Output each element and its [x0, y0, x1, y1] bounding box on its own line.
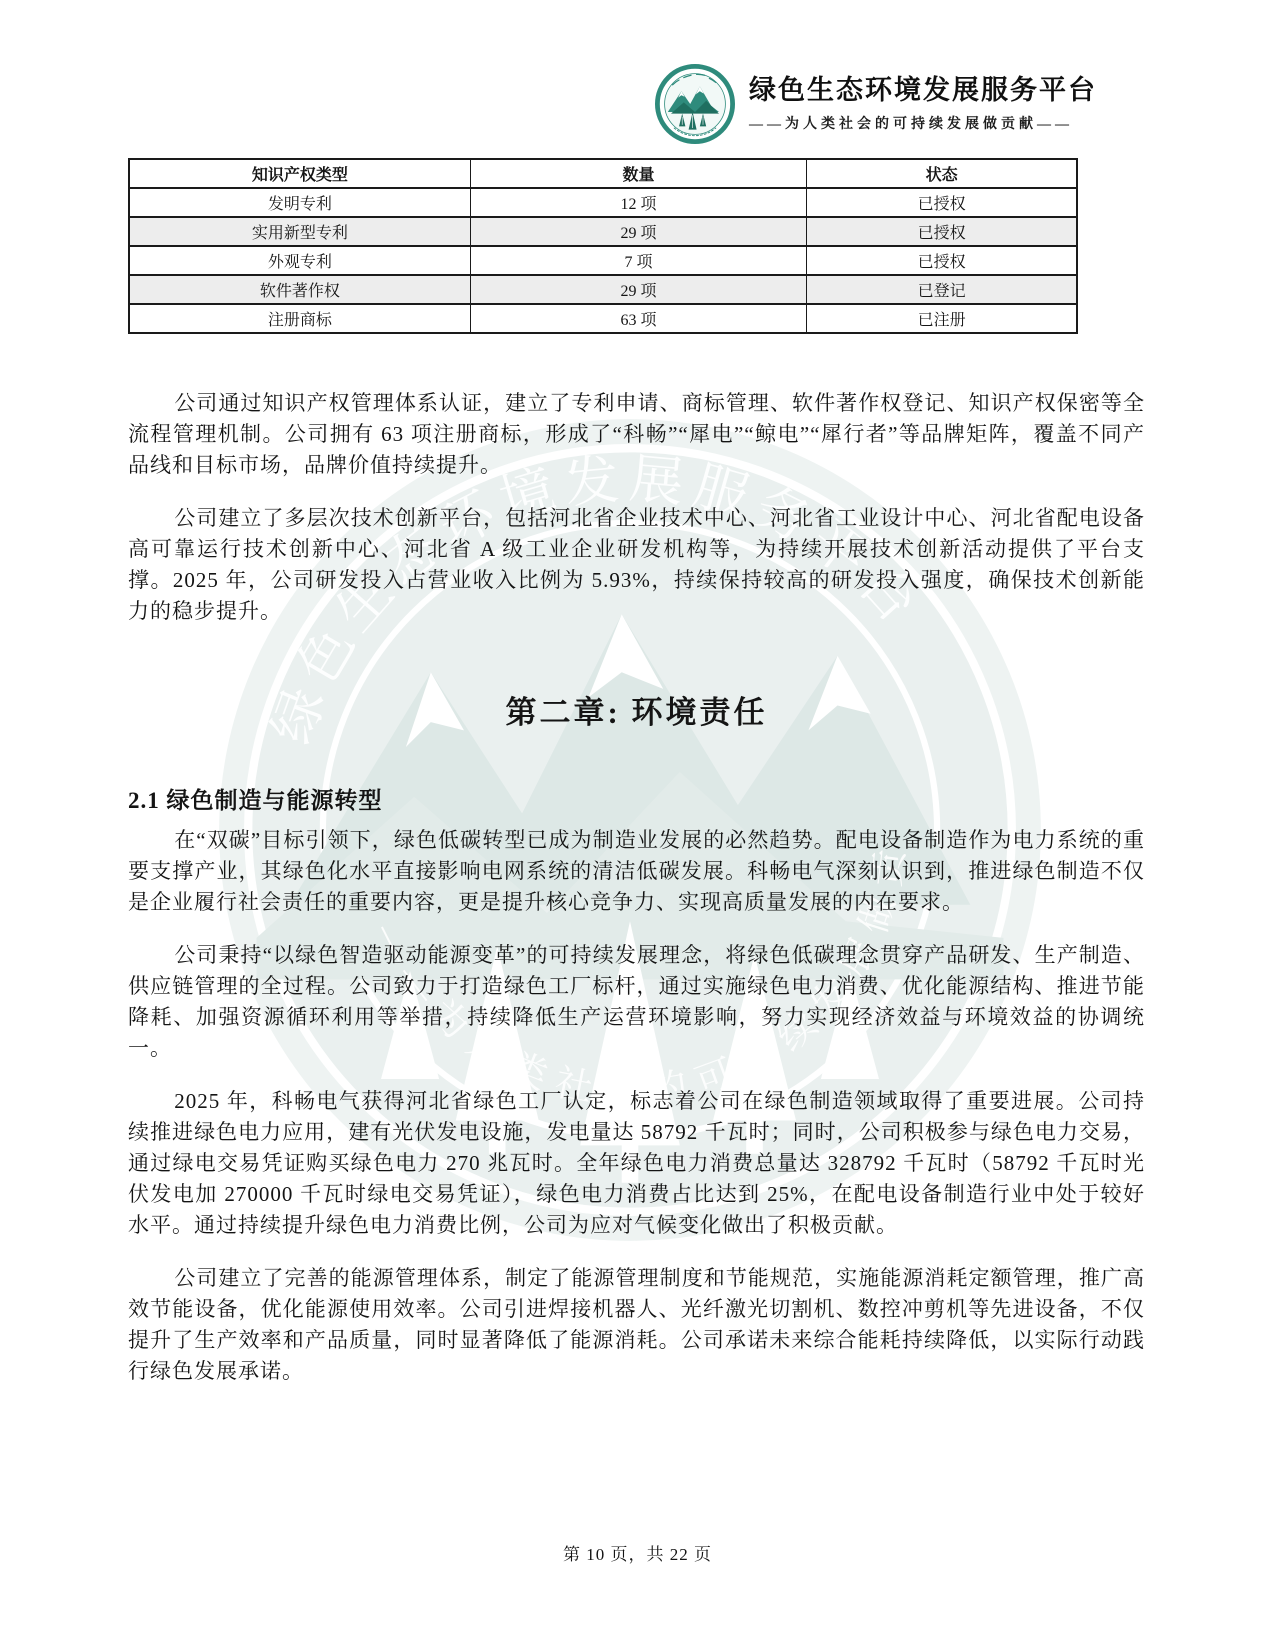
table-cell: 软件著作权 [129, 275, 470, 304]
table-cell: 29 项 [470, 217, 807, 246]
page-number: 第 10 页，共 22 页 [563, 1545, 712, 1564]
table-cell: 已授权 [807, 246, 1077, 275]
table-cell: 29 项 [470, 275, 807, 304]
brand-tagline: ——为人类社会的可持续发展做贡献—— [749, 113, 1097, 133]
paragraph-innovation-platform: 公司建立了多层次技术创新平台，包括河北省企业技术中心、河北省工业设计中心、河北省… [128, 503, 1145, 627]
table-header-cell: 状态 [807, 159, 1077, 188]
section-title: 2.1 绿色制造与能源转型 [128, 782, 1145, 815]
table-header-cell: 知识产权类型 [129, 159, 470, 188]
ip-table: 知识产权类型 数量 状态 发明专利12 项已授权实用新型专利29 项已授权外观专… [128, 158, 1078, 334]
table-cell: 12 项 [470, 188, 807, 217]
table-cell: 已授权 [807, 188, 1077, 217]
table-cell: 注册商标 [129, 304, 470, 333]
table-row: 实用新型专利29 项已授权 [129, 217, 1077, 246]
table-row: 发明专利12 项已授权 [129, 188, 1077, 217]
table-row: 注册商标63 项已注册 [129, 304, 1077, 333]
table-row: 外观专利7 项已授权 [129, 246, 1077, 275]
table-cell: 已登记 [807, 275, 1077, 304]
brand-text: 绿色生态环境发展服务平台 ——为人类社会的可持续发展做贡献—— [749, 75, 1097, 132]
table-cell: 已注册 [807, 304, 1077, 333]
table-cell: 发明专利 [129, 188, 470, 217]
brand-title: 绿色生态环境发展服务平台 [749, 75, 1097, 106]
brand-logo-icon [655, 64, 735, 144]
brand: 绿色生态环境发展服务平台 ——为人类社会的可持续发展做贡献—— [655, 64, 1097, 144]
paragraph-dual-carbon: 在“双碳”目标引领下，绿色低碳转型已成为制造业发展的必然趋势。配电设备制造作为电… [128, 825, 1145, 918]
table-header-cell: 数量 [470, 159, 807, 188]
page-footer: 第 10 页，共 22 页 [0, 1540, 1275, 1565]
table-row: 软件著作权29 项已登记 [129, 275, 1077, 304]
table-header-row: 知识产权类型 数量 状态 [129, 159, 1077, 188]
table-cell: 已授权 [807, 217, 1077, 246]
chapter-title: 第二章: 环境责任 [128, 687, 1145, 732]
paragraph-green-factory: 2025 年，科畅电气获得河北省绿色工厂认定，标志着公司在绿色制造领域取得了重要… [128, 1086, 1145, 1241]
table-cell: 外观专利 [129, 246, 470, 275]
document-page: 绿色生态环境发展服务平台 ——为人类社会的可持续发展做贡献—— [0, 0, 1275, 1650]
table-cell: 63 项 [470, 304, 807, 333]
document-body: 知识产权类型 数量 状态 发明专利12 项已授权实用新型专利29 项已授权外观专… [128, 158, 1145, 1387]
table-cell: 7 项 [470, 246, 807, 275]
paragraph-green-concept: 公司秉持“以绿色智造驱动能源变革”的可持续发展理念，将绿色低碳理念贯穿产品研发、… [128, 940, 1145, 1064]
paragraph-energy-management: 公司建立了完善的能源管理体系，制定了能源管理制度和节能规范，实施能源消耗定额管理… [128, 1263, 1145, 1387]
table-cell: 实用新型专利 [129, 217, 470, 246]
paragraph-ip-management: 公司通过知识产权管理体系认证，建立了专利申请、商标管理、软件著作权登记、知识产权… [128, 388, 1145, 481]
